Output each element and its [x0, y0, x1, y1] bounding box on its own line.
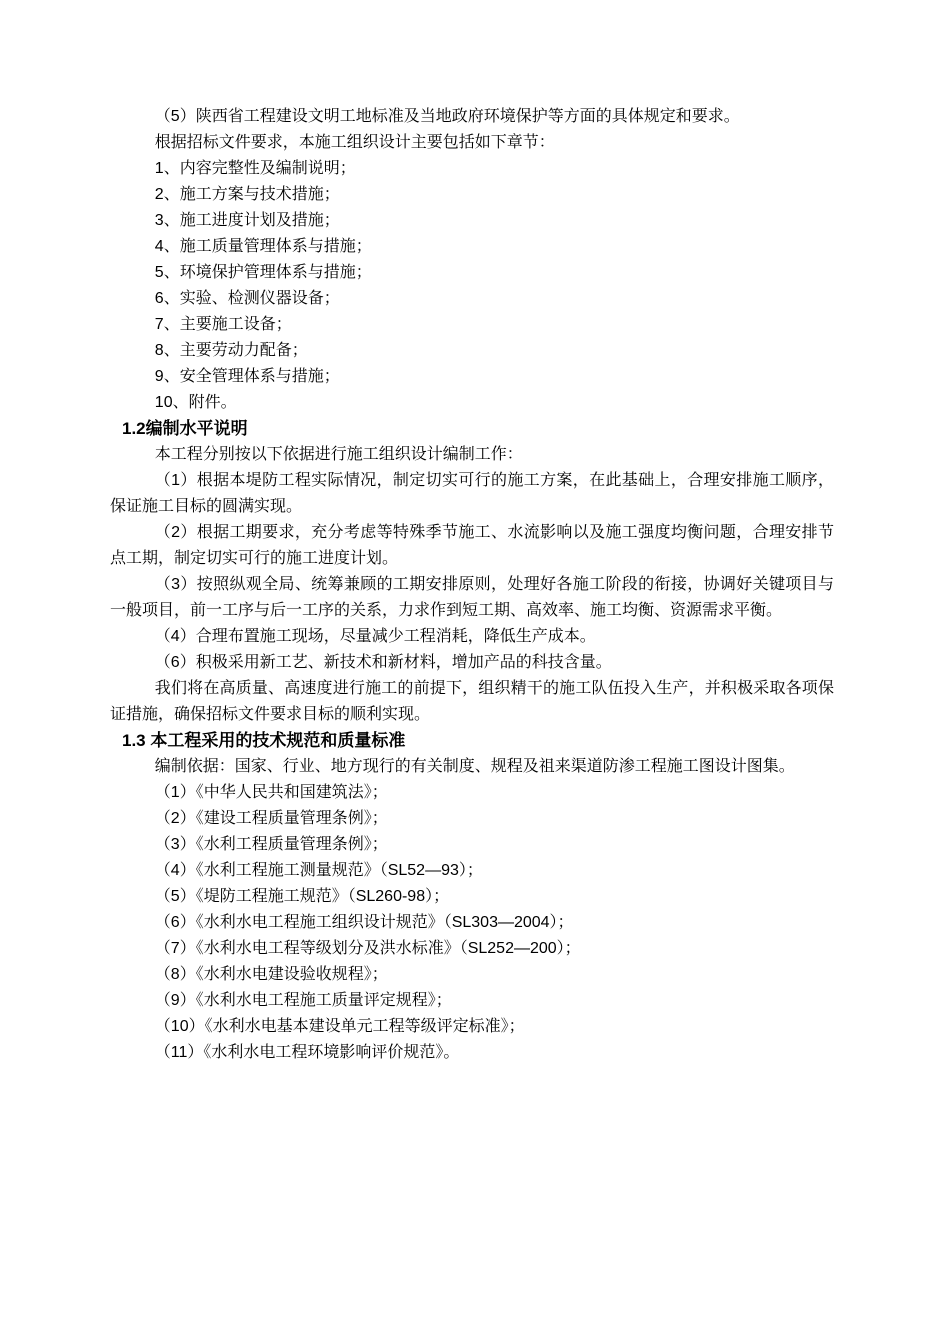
document-text-block: （5）陕西省工程建设文明工地标准及当地政府环境保护等方面的具体规定和要求。 根据…: [110, 104, 834, 1066]
chapter-list-item: 4、施工质量管理体系与措施；: [110, 234, 834, 260]
standard-list-item: （2）《建设工程质量管理条例》；: [110, 806, 834, 832]
chapter-list-item: 5、环境保护管理体系与措施；: [110, 260, 834, 286]
chapter-list-item: 6、实验、检测仪器设备；: [110, 286, 834, 312]
standard-list-item: （8）《水利水电建设验收规程》；: [110, 962, 834, 988]
paragraph: （6）积极采用新工艺、新技术和新材料，增加产品的科技含量。: [110, 650, 834, 676]
standard-list-item: （9）《水利水电工程施工质量评定规程》；: [110, 988, 834, 1014]
standard-list-item: （1）《中华人民共和国建筑法》；: [110, 780, 834, 806]
paragraph: （2）根据工期要求，充分考虑等特殊季节施工、水流影响以及施工强度均衡问题，合理安…: [110, 520, 834, 572]
paragraph: （4）合理布置施工现场，尽量减少工程消耗，降低生产成本。: [110, 624, 834, 650]
paragraph: （1）根据本堤防工程实际情况，制定切实可行的施工方案，在此基础上，合理安排施工顺…: [110, 468, 834, 520]
chapter-list-item: 3、施工进度计划及措施；: [110, 208, 834, 234]
paragraph-chapters-lead: 根据招标文件要求，本施工组织设计主要包括如下章节：: [110, 130, 834, 156]
chapter-list-item: 10、附件。: [110, 390, 834, 416]
standard-list-item: （3）《水利工程质量管理条例》；: [110, 832, 834, 858]
chapter-list-item: 7、主要施工设备；: [110, 312, 834, 338]
standard-list-item: （4）《水利工程施工测量规范》（SL52—93）；: [110, 858, 834, 884]
chapter-list-item: 1、内容完整性及编制说明；: [110, 156, 834, 182]
standard-list-item: （10）《水利水电基本建设单元工程等级评定标准》；: [110, 1014, 834, 1040]
paragraph-basis: 编制依据：国家、行业、地方现行的有关制度、规程及祖来渠道防渗工程施工图设计图集。: [110, 754, 834, 780]
standard-list-item: （7）《水利水电工程等级划分及洪水标准》（SL252—200）；: [110, 936, 834, 962]
section-heading-1-2: 1.2编制水平说明: [110, 416, 834, 442]
paragraph: 本工程分别按以下依据进行施工组织设计编制工作：: [110, 442, 834, 468]
chapter-list-item: 8、主要劳动力配备；: [110, 338, 834, 364]
standard-list-item: （6）《水利水电工程施工组织设计规范》（SL303—2004）；: [110, 910, 834, 936]
section-heading-1-3: 1.3 本工程采用的技术规范和质量标准: [110, 728, 834, 754]
paragraph-item5: （5）陕西省工程建设文明工地标准及当地政府环境保护等方面的具体规定和要求。: [110, 104, 834, 130]
standard-list-item: （5）《堤防工程施工规范》（SL260-98）；: [110, 884, 834, 910]
chapter-list-item: 9、安全管理体系与措施；: [110, 364, 834, 390]
paragraph: （3）按照纵观全局、统筹兼顾的工期安排原则，处理好各施工阶段的衔接，协调好关键项…: [110, 572, 834, 624]
standard-list-item: （11）《水利水电工程环境影响评价规范》。: [110, 1040, 834, 1066]
paragraph: 我们将在高质量、高速度进行施工的前提下，组织精干的施工队伍投入生产，并积极采取各…: [110, 676, 834, 728]
document-page: （5）陕西省工程建设文明工地标准及当地政府环境保护等方面的具体规定和要求。 根据…: [0, 0, 950, 1344]
chapter-list-item: 2、施工方案与技术措施；: [110, 182, 834, 208]
